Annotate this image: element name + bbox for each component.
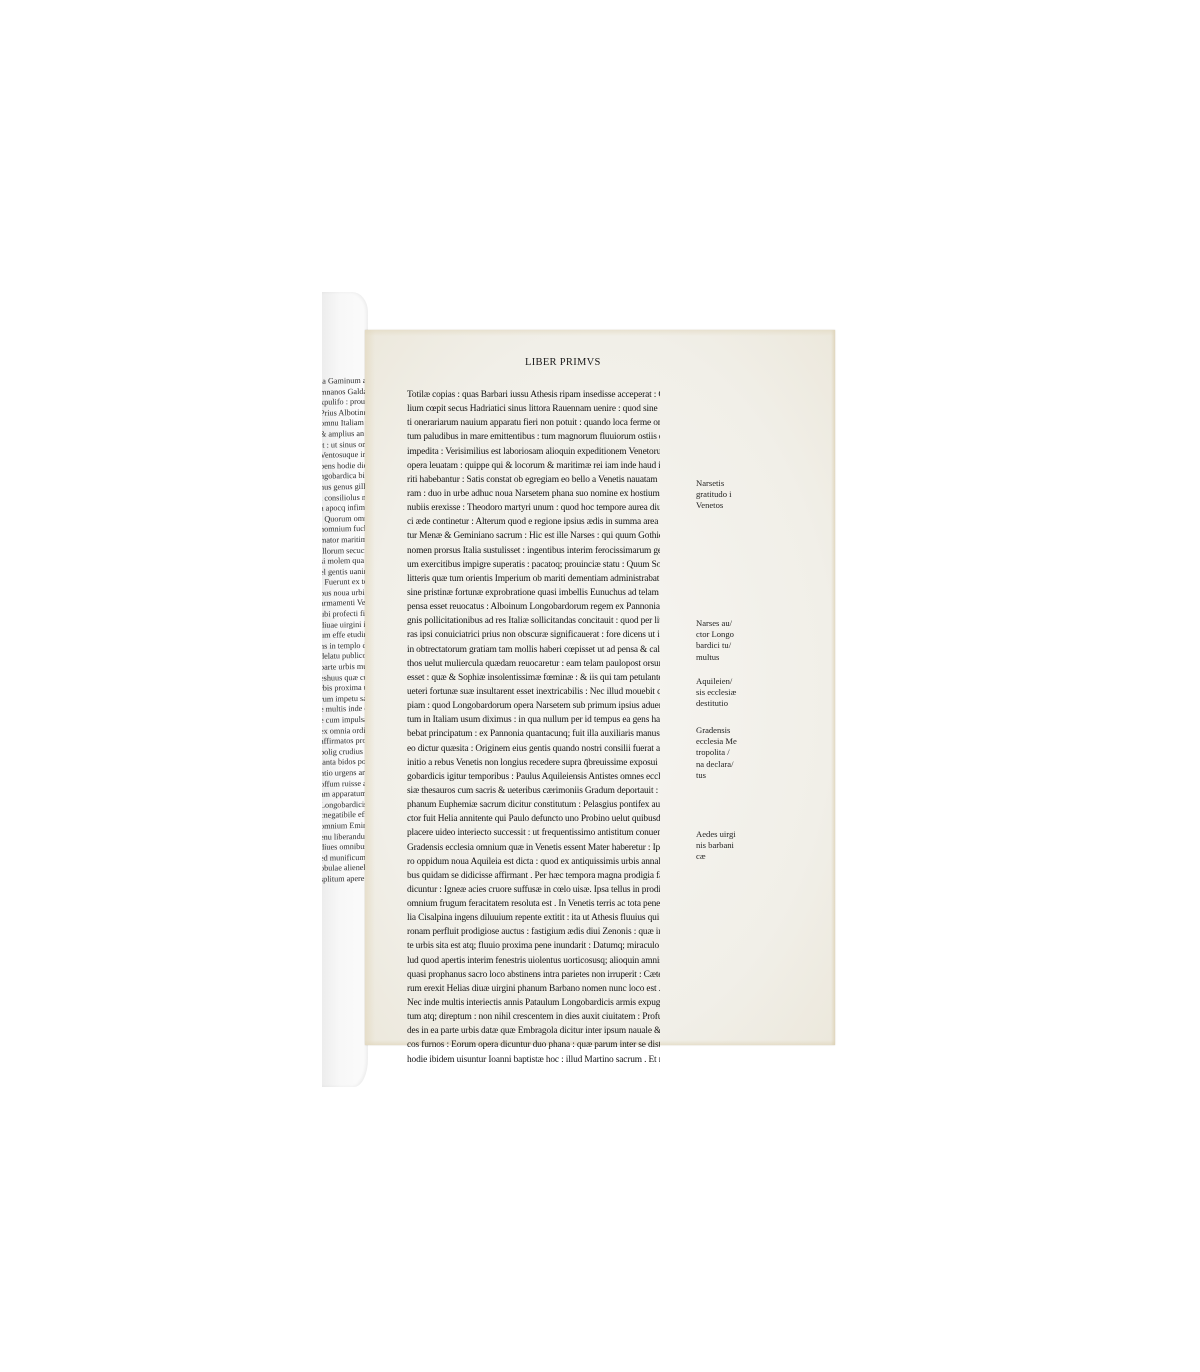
text-line: siæ thesauros cum sacris & ueteribus cær… bbox=[407, 784, 660, 798]
text-line: initio a rebus Venetis non longius reced… bbox=[407, 756, 660, 770]
left-page-line: offum ruisse a religio bbox=[322, 778, 368, 790]
margin-note-line: cæ bbox=[696, 851, 756, 862]
left-page-line: splitum apere adiucite bbox=[322, 873, 368, 885]
left-page-line: a apocq infimis ue bbox=[322, 502, 368, 514]
margin-note-line: ctor Longo bbox=[696, 629, 756, 640]
text-line: Gradensis ecclesia omnium quæ in Venetis… bbox=[407, 841, 660, 855]
margin-note-line: Narsetis bbox=[696, 478, 756, 489]
text-line: thos uelut muliercula quædam reuocaretur… bbox=[407, 657, 660, 671]
text-line: ctor fuit Helia annitente qui Paulo defu… bbox=[407, 812, 660, 826]
text-line: riti habebantur : Satis constat ob egreg… bbox=[407, 473, 660, 487]
text-line: ras ipsi conuiciatrici prius non obscuræ… bbox=[407, 628, 660, 642]
left-page-line: Prius Albotinum bbox=[322, 407, 368, 419]
margin-note-line: ecclesia Me bbox=[696, 736, 756, 747]
left-page-line: lt : ut sinus omnes bbox=[322, 439, 368, 451]
left-page-line: um effe etudini : uq bbox=[322, 630, 368, 642]
text-line: lia Cisalpina ingens diluuium repente ex… bbox=[407, 911, 660, 925]
left-page-line: enu liberandum ad bbox=[322, 831, 368, 843]
left-page-line: mator maritimo la bbox=[322, 534, 368, 546]
left-page-edge: ta Gaminum acmnanos Galdasxpulifo : prou… bbox=[322, 292, 368, 1087]
text-line: bebat principatum : ex Pannonia quantacu… bbox=[407, 727, 660, 741]
left-page-line: polig crudius ciem a bbox=[322, 746, 368, 758]
text-line: hodie ibidem uisuntur Ioanni baptistæ ho… bbox=[407, 1053, 660, 1067]
margin-note-aedes: Aedes uirgi nis barbani cæ bbox=[696, 829, 756, 863]
left-page-line: diues omnibus innos a bbox=[322, 841, 368, 853]
text-line: sine pristinæ fortunæ exprobratione quas… bbox=[407, 586, 660, 600]
text-line: rum erexit Helias diuæ uirgini phanum Ba… bbox=[407, 982, 660, 996]
text-line: tur Menæ & Geminiano sacrum : Hic est il… bbox=[407, 529, 660, 543]
left-page-line: bus noua urbis fuis bbox=[322, 587, 368, 599]
left-page-line: am apparatum annuntid bbox=[322, 788, 368, 800]
left-page-line: delatu publico efimo bbox=[322, 651, 368, 663]
margin-note-line: tus bbox=[696, 770, 756, 781]
margin-note-line: Venetos bbox=[696, 500, 756, 511]
left-page-line: diuae uirgini in ruppa bbox=[322, 619, 368, 631]
text-line: ueteri fortunæ suæ insultarent esset ine… bbox=[407, 685, 660, 699]
text-line: piam : quod Longobardorum opera Narsetem… bbox=[407, 699, 660, 713]
left-page-line: nus genus gillo prius bbox=[322, 481, 368, 493]
left-page-line: omnu Italiam trup bbox=[322, 418, 368, 430]
margin-note-line: na declara/ bbox=[696, 759, 756, 770]
margin-note-line: gratitudo i bbox=[696, 489, 756, 500]
text-line: esset : quæ & Sophiæ insolentissimæ fœmi… bbox=[407, 671, 660, 685]
margin-note-line: multus bbox=[696, 652, 756, 663]
left-page-text: ta Gaminum acmnanos Galdasxpulifo : prou… bbox=[322, 375, 368, 885]
left-page-line: affirmatos prodium a bbox=[322, 735, 368, 747]
text-line: um exercitibus impigre superatis : pacat… bbox=[407, 558, 660, 572]
left-page-line: e multis inde ofiprio bbox=[322, 704, 368, 716]
left-page-line: parte urbis munc fu bbox=[322, 661, 368, 673]
left-page-line: tanta bidos polij e bbox=[322, 757, 368, 769]
text-line: Totilæ copias : quas Barbari iussu Athes… bbox=[407, 388, 660, 402]
margin-note-line: nis barbani bbox=[696, 840, 756, 851]
text-line: te urbis sita est atq; fluuio proxima pe… bbox=[407, 939, 660, 953]
left-page-line: xpulifo : prouinc bbox=[322, 396, 368, 408]
text-line: quasi prophanus sacro loco abstinens int… bbox=[407, 968, 660, 982]
left-page-line: e cum impulsa miru bbox=[322, 714, 368, 726]
text-line: litteris quæ tum orientis Imperium ob ma… bbox=[407, 572, 660, 586]
left-page-line: si molem qua arca fu bbox=[322, 555, 368, 567]
text-line: phanum Euphemiæ sacrum dicitur constitut… bbox=[407, 798, 660, 812]
left-page-line: cnegatibile effe rapulin bbox=[322, 810, 368, 822]
left-page-line: armamenti Veneti : bbox=[322, 598, 368, 610]
margin-note-line: bardici tu/ bbox=[696, 640, 756, 651]
running-head: LIBER PRIMVS bbox=[525, 357, 601, 368]
text-line: cos furnos : Eorum opera dicuntur duo ph… bbox=[407, 1038, 660, 1052]
text-line: nubiis erexisse : Theodoro martyri unum … bbox=[407, 501, 660, 515]
margin-note-aquileiensis: Aquileien/ sis ecclesiæ destitutio bbox=[696, 676, 756, 710]
text-line: ci æde continetur : Alterum quod e regio… bbox=[407, 515, 660, 529]
margin-note-gradensis: Gradensis ecclesia Me tropolita / na dec… bbox=[696, 725, 756, 781]
text-line: pensa esset reuocatus : Alboinum Longoba… bbox=[407, 600, 660, 614]
margin-note-narses: Narses au/ ctor Longo bardici tu/ multus bbox=[696, 618, 756, 663]
text-line: bus quidam se didicisse affirmant . Per … bbox=[407, 869, 660, 883]
text-line: ti onerariarum nauium apparatu fieri non… bbox=[407, 416, 660, 430]
left-page-line: el gentis uanim effet bbox=[322, 566, 368, 578]
left-page-line: nomnium fuchulfim bbox=[322, 524, 368, 536]
left-page-line: eshuus quæ cum pulsi bbox=[322, 672, 368, 684]
left-page-line: : Quorum omnes bbox=[322, 513, 368, 525]
text-line: tum paludibus in mare emittentibus : tum… bbox=[407, 430, 660, 444]
text-line: opera leuatam : quippe qui & locorum & m… bbox=[407, 459, 660, 473]
left-page-line: ed munificum in ripa bbox=[322, 852, 368, 864]
margin-note-line: tropolita / bbox=[696, 747, 756, 758]
text-line: dicuntur : Igneæ acies cruore suffusæ in… bbox=[407, 883, 660, 897]
left-page-line: : Fuerunt ex tempe bbox=[322, 577, 368, 589]
left-page-line: mnanos Galdas bbox=[322, 386, 368, 398]
text-line: omnium frugum feracitatem resoluta est .… bbox=[407, 897, 660, 911]
text-line: nomen prorsus Italia sustulisset : ingen… bbox=[407, 544, 660, 558]
margin-note-line: Aedes uirgi bbox=[696, 829, 756, 840]
text-line: des in ea parte urbis datæ quæ Embragola… bbox=[407, 1024, 660, 1038]
text-line: eo dictur quæsita : Originem eius gentis… bbox=[407, 742, 660, 756]
left-page-line: ex omnia ordine in na bbox=[322, 725, 368, 737]
left-page-line: ntio urgens armunde bbox=[322, 767, 368, 779]
left-page-line: & amplius an effer bbox=[322, 428, 368, 440]
text-line: ro oppidum noua Aquileia est dicta : quo… bbox=[407, 855, 660, 869]
text-line: lium cœpit secus Hadriatici sinus littor… bbox=[407, 402, 660, 416]
text-line: placere uideo interiecto successit : ut … bbox=[407, 826, 660, 840]
text-line: ram : duo in urbe adhuc noua Narsetem ph… bbox=[407, 487, 660, 501]
left-page-line: ns in templo defeundi bbox=[322, 640, 368, 652]
text-line: in obtrectatorum gratiam tam mollis habe… bbox=[407, 643, 660, 657]
margin-note-line: Aquileien/ bbox=[696, 676, 756, 687]
text-line: gobardicis igitur temporibus : Paulus Aq… bbox=[407, 770, 660, 784]
text-line: Nec inde multis interiectis annis Pataul… bbox=[407, 996, 660, 1010]
left-page-line: pens hodie dictur al bbox=[322, 460, 368, 472]
text-line: impedita : Verisimilius est laboriosam a… bbox=[407, 445, 660, 459]
text-line: tum in Italiam usum diximus : in qua nul… bbox=[407, 713, 660, 727]
left-page-line: Ventosuque infolit a bbox=[322, 449, 368, 461]
text-line: tum atq; direptum : non nihil crescentem… bbox=[407, 1010, 660, 1024]
left-page-line: ngobardica billus bbox=[322, 471, 368, 483]
margin-note-line: destitutio bbox=[696, 698, 756, 709]
left-page-line: illorum secucfion bbox=[322, 545, 368, 557]
left-page-line: Longobardicis Quon bbox=[322, 799, 368, 811]
margin-note-line: sis ecclesiæ bbox=[696, 687, 756, 698]
left-page-line: obulae alieneliam Lon bbox=[322, 863, 368, 875]
left-page-line: ta Gaminum ac bbox=[322, 375, 368, 387]
text-line: lud quod apertis interim fenestris uiole… bbox=[407, 954, 660, 968]
main-text-block: Totilæ copias : quas Barbari iussu Athes… bbox=[407, 388, 660, 1067]
left-page-line: rbis proxima urbile bbox=[322, 683, 368, 695]
left-page-line: t consiliolus multilis bbox=[322, 492, 368, 504]
text-line: ronam perfluit prodigiose auctus : fasti… bbox=[407, 925, 660, 939]
margin-note-line: Gradensis bbox=[696, 725, 756, 736]
recto-page: LIBER PRIMVS Totilæ copias : quas Barbar… bbox=[365, 330, 835, 1045]
text-line: gnis pollicitationibus ad res Italiæ sol… bbox=[407, 614, 660, 628]
left-page-line: ubi profecti fide uni bbox=[322, 608, 368, 620]
left-page-line: rum impetu sarbo : bbox=[322, 693, 368, 705]
margin-note-narsetis: Narsetis gratitudo i Venetos bbox=[696, 478, 756, 512]
left-page-line: omnium Eminulius ut bbox=[322, 820, 368, 832]
margin-note-line: Narses au/ bbox=[696, 618, 756, 629]
